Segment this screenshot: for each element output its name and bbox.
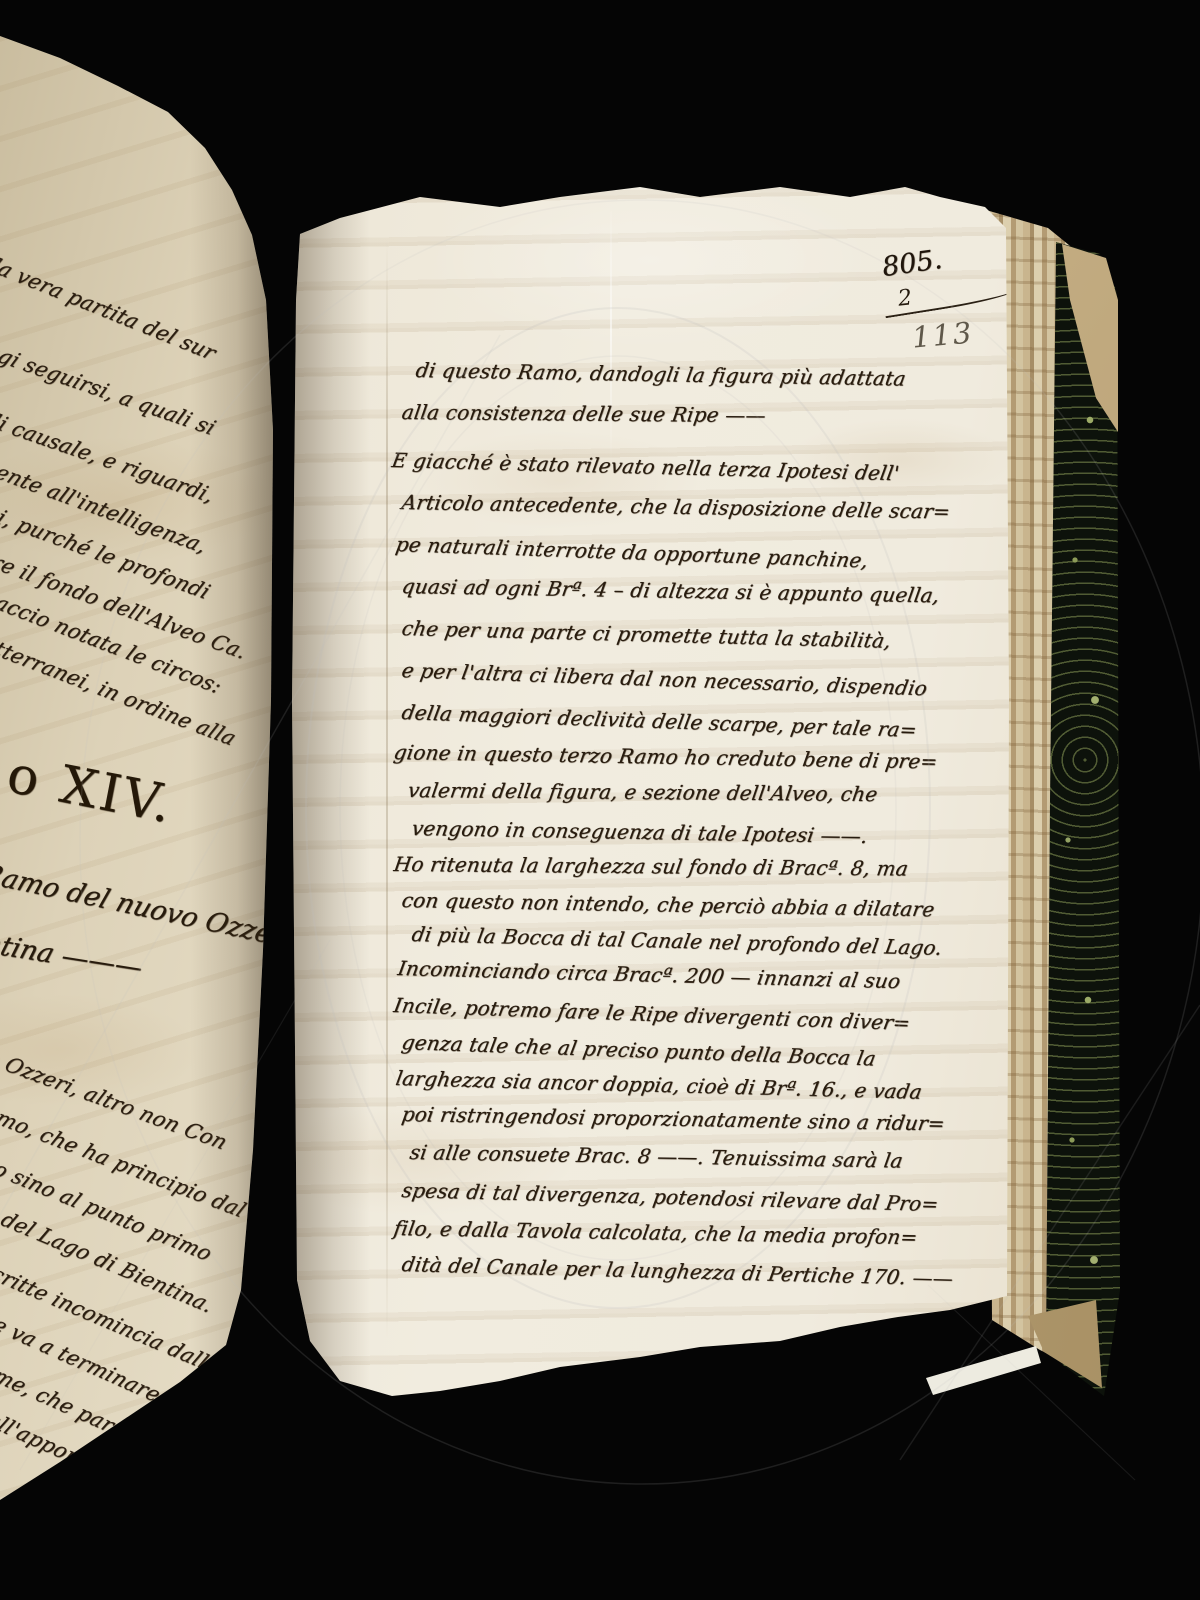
manuscript-line: Ho ritenuta la larghezza sul fondo di Br… — [392, 852, 910, 880]
gutter-shadow — [290, 200, 370, 1400]
manuscript-line: E giacché è stato rilevato nella terza I… — [390, 448, 901, 485]
chapter-heading: o XIV. — [2, 745, 179, 836]
gutter-shadow — [190, 0, 276, 1600]
manuscript-line: vengono in conseguenza di tale Ipotesi —… — [410, 816, 869, 848]
manuscript-line: , e la vera partita del sur — [0, 241, 220, 364]
manuscript-line: e per l'altra ci libera dal non necessar… — [400, 658, 929, 700]
manuscript-line: di più la Bocca di tal Canale nel profon… — [410, 922, 944, 960]
manuscript-line: dità del Canale per la lunghezza di Pert… — [400, 1252, 955, 1290]
page-number-mark: 2 — [897, 285, 914, 311]
manuscript-line: alla consistenza delle sue Ripe —— — [400, 400, 767, 427]
manuscript-line: con questo non intendo, che perciò abbia… — [400, 888, 936, 921]
manuscript-line: quasi ad ogni Brª. 4 – di altezza si è a… — [400, 574, 941, 607]
manuscript-line: larghezza sia ancor doppia, cioè di Brª.… — [394, 1066, 924, 1104]
manuscript-line: si alle consuete Brac. 8 ——. Tenuissima … — [408, 1140, 905, 1173]
page-number: 805. — [880, 244, 944, 283]
manuscript-line: pe naturali interrotte da opportune panc… — [394, 532, 870, 572]
manuscript-line: valermi della figura, e sezione dell'Alv… — [406, 778, 879, 806]
manuscript-line: spesa di tal divergenza, potendosi rilev… — [400, 1178, 940, 1216]
manuscript-line: Incominciando circa Bracª. 200 — innanzi… — [396, 956, 902, 993]
margin-crease-line — [386, 240, 388, 1340]
manuscript-line: filo, e dalla Tavola calcolata, che la m… — [392, 1216, 919, 1249]
section-title-line: ntina ——— — [0, 928, 146, 983]
manuscript-photo: , e la vera partita del sur aggi seguirs… — [0, 0, 1200, 1600]
manuscript-line: della maggiori declività delle scarpe, p… — [400, 700, 919, 742]
manuscript-line: Incile, potremo fare le Ripe divergenti … — [392, 993, 912, 1035]
manuscript-line: Articolo antecedente, che la disposizion… — [400, 490, 952, 524]
manuscript-line: gione in questo terzo Ramo ho creduto be… — [392, 740, 939, 773]
manuscript-line: poi ristringendosi proporzionatamente si… — [400, 1102, 947, 1135]
folio-number-pencil: 113 — [911, 315, 975, 354]
manuscript-line: di questo Ramo, dandogli la figura più a… — [414, 358, 908, 390]
manuscript-line: che per una parte ci promette tutta la s… — [400, 616, 893, 653]
manuscript-line: genza tale che al preciso punto della Bo… — [400, 1030, 878, 1070]
